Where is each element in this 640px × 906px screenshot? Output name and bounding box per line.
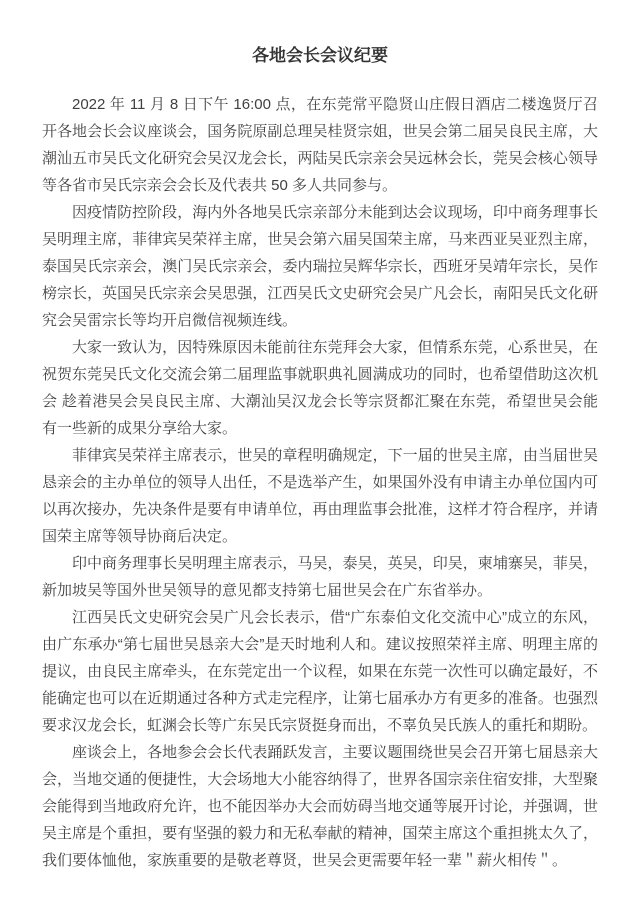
- document-title: 各地会长会议纪要: [42, 45, 598, 67]
- paragraph-3: 大家一致认为，因特殊原因未能前往东莞拜会大家，但情系东莞，心系世吴，在祝贺东莞吴…: [42, 334, 598, 442]
- paragraph-4: 菲律宾吴荣祥主席表示，世吴的章程明确规定，下一届的世吴主席，由当届世吴恳亲会的主…: [42, 442, 598, 550]
- paragraph-1: 2022 年 11 月 8 日下午 16:00 点，在东莞常平隐贤山庄假日酒店二…: [42, 91, 598, 199]
- paragraph-6: 江西吴氏文史研究会吴广凡会长表示，借“广东泰伯文化交流中心”成立的东风，由广东承…: [42, 604, 598, 739]
- paragraph-7: 座谈会上，各地参会会长代表踊跃发言，主要议题围绕世吴会召开第七届恳亲大会，当地交…: [42, 739, 598, 874]
- paragraph-2: 因疫情防控阶段，海内外各地吴氏宗亲部分未能到达会议现场，印中商务理事长吴明理主席…: [42, 199, 598, 334]
- document-page: 各地会长会议纪要 2022 年 11 月 8 日下午 16:00 点，在东莞常平…: [0, 0, 640, 906]
- document-body: 2022 年 11 月 8 日下午 16:00 点，在东莞常平隐贤山庄假日酒店二…: [42, 91, 598, 874]
- paragraph-5: 印中商务理事长吴明理主席表示，马吴，泰吴，英吴，印吴，柬埔寨吴，菲吴，新加坡吴等…: [42, 550, 598, 604]
